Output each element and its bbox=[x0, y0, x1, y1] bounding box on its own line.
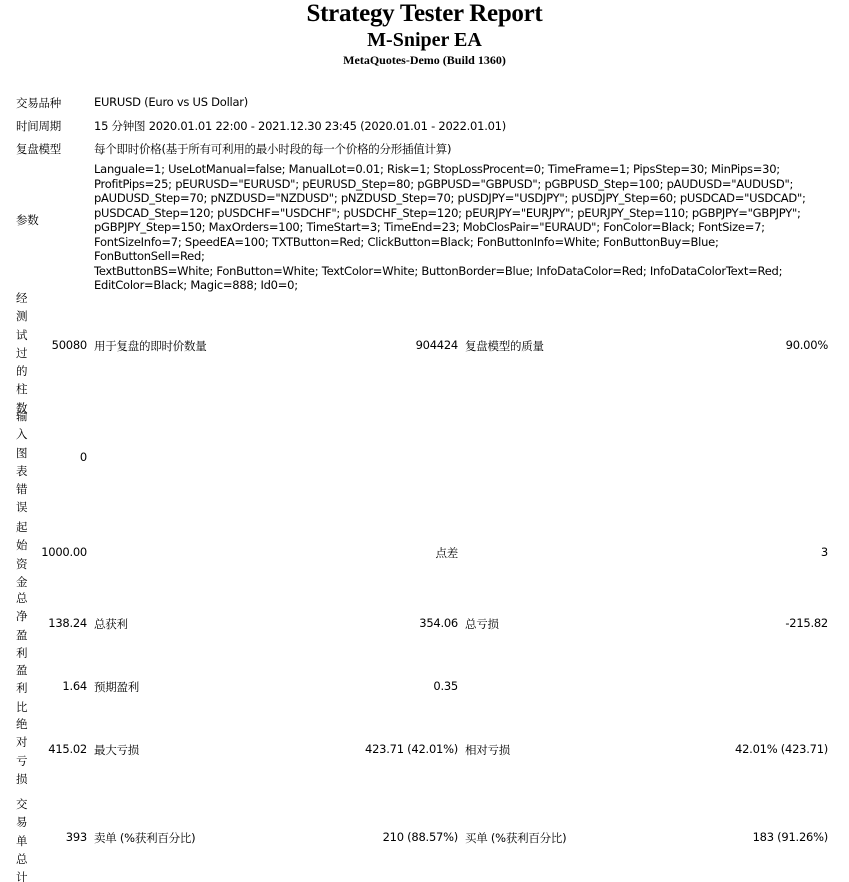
ea-name: M-Sniper EA bbox=[0, 28, 849, 52]
label-char: 交 bbox=[16, 795, 30, 813]
symbol-value: EURUSD (Euro vs US Dollar) bbox=[94, 95, 248, 109]
label-char: 过 bbox=[16, 344, 30, 362]
label-char: 亏 bbox=[16, 752, 30, 770]
period-value: 15 分钟图 2020.01.01 22:00 - 2021.12.30 23:… bbox=[94, 118, 506, 134]
total-trades-label: 交易单总计 bbox=[16, 795, 30, 882]
label-char: 始 bbox=[16, 536, 30, 554]
label-char: 的 bbox=[16, 362, 30, 380]
total-trades-value: 393 bbox=[66, 830, 87, 844]
param-line: FontSizeInfo=7; SpeedEA=100; TXTButton=R… bbox=[94, 235, 814, 264]
label-char: 表 bbox=[16, 462, 30, 480]
label-char: 经 bbox=[16, 289, 30, 307]
label-char: 试 bbox=[16, 326, 30, 344]
net-profit-label: 总净盈利 bbox=[16, 589, 30, 662]
param-line: EditColor=Black; Magic=888; Id0=0; bbox=[94, 278, 814, 293]
label-char: 盈 bbox=[16, 661, 30, 679]
spread-label: 点差 bbox=[436, 545, 459, 561]
label-char: 入 bbox=[16, 425, 30, 443]
ticks-modelled-value: 904424 bbox=[416, 338, 458, 352]
label-char: 对 bbox=[16, 733, 30, 751]
label-char: 单 bbox=[16, 832, 30, 850]
param-line: ProfitPips=25; pEURUSD="EURUSD"; pEURUSD… bbox=[94, 177, 814, 192]
label-char: 起 bbox=[16, 518, 30, 536]
label-char: 利 bbox=[16, 644, 30, 662]
label-char: 计 bbox=[16, 868, 30, 882]
period-label: 时间周期 bbox=[16, 118, 61, 134]
gross-profit-label: 总获利 bbox=[94, 616, 128, 632]
bars-tested-value: 50080 bbox=[52, 338, 87, 352]
label-char: 总 bbox=[16, 850, 30, 868]
report-header: Strategy Tester Report M-Sniper EA MetaQ… bbox=[0, 0, 849, 68]
symbol-label: 交易品种 bbox=[16, 95, 61, 111]
label-char: 损 bbox=[16, 770, 30, 788]
profit-factor-value: 1.64 bbox=[62, 679, 87, 693]
server-build: MetaQuotes-Demo (Build 1360) bbox=[0, 52, 849, 68]
label-char: 净 bbox=[16, 607, 30, 625]
relative-drawdown-value: 42.01% (423.71) bbox=[735, 742, 828, 756]
initial-deposit-label: 起始资金 bbox=[16, 518, 30, 591]
label-char: 图 bbox=[16, 444, 30, 462]
expected-payoff-label: 预期盈利 bbox=[94, 679, 139, 695]
param-line: pUSDCAD_Step=120; pUSDCHF="USDCHF"; pUSD… bbox=[94, 206, 814, 221]
relative-drawdown-label: 相对亏损 bbox=[465, 742, 510, 758]
gross-profit-value: 354.06 bbox=[419, 616, 458, 630]
long-positions-value: 183 (91.26%) bbox=[753, 830, 828, 844]
model-label: 复盘模型 bbox=[16, 141, 61, 157]
param-line: TextButtonBS=White; FonButton=White; Tex… bbox=[94, 264, 814, 279]
maximal-drawdown-value: 423.71 (42.01%) bbox=[365, 742, 458, 756]
label-char: 利 bbox=[16, 679, 30, 697]
label-char: 输 bbox=[16, 407, 30, 425]
absolute-drawdown-value: 415.02 bbox=[48, 742, 87, 756]
label-char: 错 bbox=[16, 480, 30, 498]
label-char: 资 bbox=[16, 555, 30, 573]
bars-tested-label: 经测试过的柱数 bbox=[16, 289, 30, 417]
parameters-label: 参数 bbox=[16, 212, 39, 228]
gross-loss-value: -215.82 bbox=[785, 616, 828, 630]
label-char: 易 bbox=[16, 813, 30, 831]
profit-factor-label: 盈利比 bbox=[16, 661, 30, 716]
model-value: 每个即时价格(基于所有可利用的最小时段的每一个价格的分形插值计算) bbox=[94, 141, 451, 157]
label-char: 总 bbox=[16, 589, 30, 607]
param-line: pGBPJPY_Step=150; MaxOrders=100; TimeSta… bbox=[94, 220, 814, 235]
long-positions-label: 买单 (%获利百分比) bbox=[465, 830, 566, 846]
modelling-quality-label: 复盘模型的质量 bbox=[465, 338, 544, 354]
maximal-drawdown-label: 最大亏损 bbox=[94, 742, 139, 758]
label-char: 绝 bbox=[16, 715, 30, 733]
expected-payoff-value: 0.35 bbox=[433, 679, 458, 693]
gross-loss-label: 总亏损 bbox=[465, 616, 499, 632]
net-profit-value: 138.24 bbox=[48, 616, 87, 630]
label-char: 柱 bbox=[16, 380, 30, 398]
spread-value: 3 bbox=[821, 545, 828, 559]
label-char: 测 bbox=[16, 307, 30, 325]
modelling-quality-value: 90.00% bbox=[786, 338, 828, 352]
parameters-value: Languale=1; UseLotManual=false; ManualLo… bbox=[94, 162, 814, 293]
mismatched-errors-value: 0 bbox=[80, 450, 87, 464]
param-line: pAUDUSD_Step=70; pNZDUSD="NZDUSD"; pNZDU… bbox=[94, 191, 814, 206]
mismatched-errors-label: 输入图表错误 bbox=[16, 407, 30, 517]
ticks-modelled-label: 用于复盘的即时价数量 bbox=[94, 338, 207, 354]
initial-deposit-value: 1000.00 bbox=[41, 545, 87, 559]
short-positions-label: 卖单 (%获利百分比) bbox=[94, 830, 195, 846]
absolute-drawdown-label: 绝对亏损 bbox=[16, 715, 30, 788]
report-title: Strategy Tester Report bbox=[0, 0, 849, 28]
param-line: Languale=1; UseLotManual=false; ManualLo… bbox=[94, 162, 814, 177]
label-char: 误 bbox=[16, 498, 30, 516]
label-char: 比 bbox=[16, 698, 30, 716]
short-positions-value: 210 (88.57%) bbox=[383, 830, 458, 844]
label-char: 盈 bbox=[16, 626, 30, 644]
